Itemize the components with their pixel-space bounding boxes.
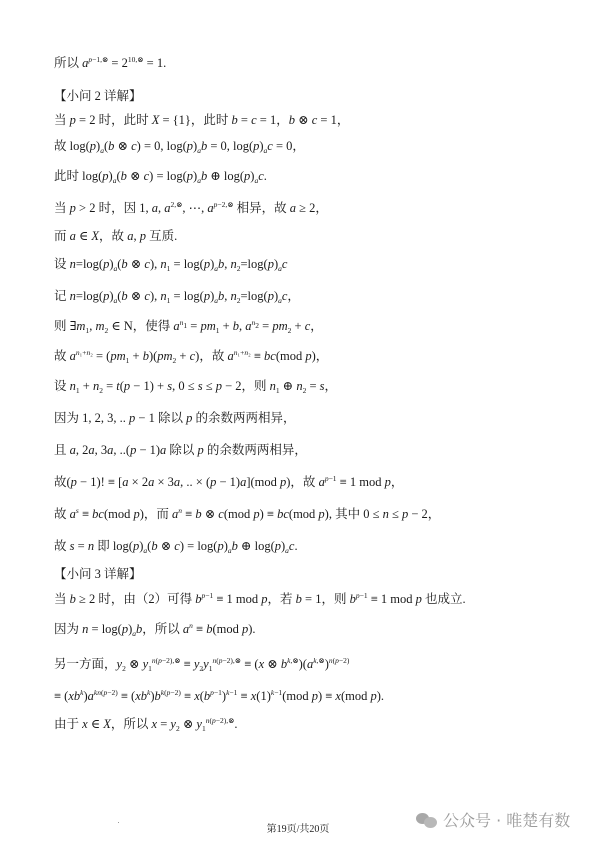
text-line-2: 当 p = 2 时，此时 X = {1}，此时 b = c = 1，b ⊗ c … — [54, 112, 349, 128]
text-line-15: 故 as ≡ bc(mod p)，而 an ≡ b ⊗ c(mod p) ≡ b… — [54, 506, 440, 522]
text-line-7: 设 n=log(p)a(b ⊗ c), n1 = log(p)ab, n2=lo… — [54, 256, 287, 272]
text-line-14: 故(p − 1)! ≡ [a × 2a × 3a, .. × (p − 1)a]… — [54, 474, 403, 490]
watermark-text: 公众号 · 唯楚有数 — [443, 808, 570, 831]
text-line-9: 则 ∃m1, m2 ∈ N，使得 an1 = pm1 + b, an2 = pm… — [54, 318, 323, 334]
text-line-10: 故 an₁+n₂ = (pm1 + b)(pm2 + c)，故 an₁+n₂ ≡… — [54, 348, 328, 364]
watermark: 公众号 · 唯楚有数 — [416, 808, 570, 831]
text-line-16: 故 s = n 即 log(p)a(b ⊗ c) = log(p)ab ⊕ lo… — [54, 538, 298, 554]
text-line-11: 设 n1 + n2 = t(p − 1) + s, 0 ≤ s ≤ p − 2，… — [54, 378, 337, 394]
text-line-12: 因为 1, 2, 3, .. p − 1 除以 p 的余数两两相异， — [54, 410, 295, 426]
text-line-6: 而 a ∈ X，故 a, p 互质. — [54, 228, 177, 244]
section-heading-3: 【小问 3 详解】 — [54, 566, 142, 582]
section-heading-2: 【小问 2 详解】 — [54, 88, 142, 104]
wechat-icon — [416, 811, 438, 829]
text-line-20: ≡ (xbk)akn(p−2) ≡ (xbk)bk(p−2) ≡ x(bp−1)… — [54, 688, 384, 704]
text-line-3: 故 log(p)a(b ⊗ c) = 0, log(p)ab = 0, log(… — [54, 138, 305, 154]
text-line-4: 此时 log(p)a(b ⊗ c) = log(p)ab ⊕ log(p)ac. — [54, 168, 267, 184]
text-line-5: 当 p > 2 时，因 1, a, a2,⊗, ⋯, ap−2,⊗ 相异，故 a… — [54, 200, 328, 216]
text-line-18: 因为 n = log(p)ab，所以 an ≡ b(mod p). — [54, 621, 256, 637]
text-line-13: 且 a, 2a, 3a, ..(p − 1)a 除以 p 的余数两两相异， — [54, 442, 307, 458]
text-line-17: 当 b ≥ 2 时，由（2）可得 bp−1 ≡ 1 mod p，若 b = 1，… — [54, 591, 466, 607]
text-line-21: 由于 x ∈ X，所以 x = y2 ⊗ y1n(p−2),⊗. — [54, 716, 238, 732]
text-line-1: 所以 ap−1,⊗ = 210,⊗ = 1. — [54, 55, 166, 71]
text-line-8: 记 n=log(p)a(b ⊗ c), n1 = log(p)ab, n2=lo… — [54, 288, 300, 304]
text-line-19: 另一方面，y2 ⊗ y1n(p−2),⊗ ≡ y2y1n(p−2),⊗ ≡ (x… — [54, 656, 349, 672]
